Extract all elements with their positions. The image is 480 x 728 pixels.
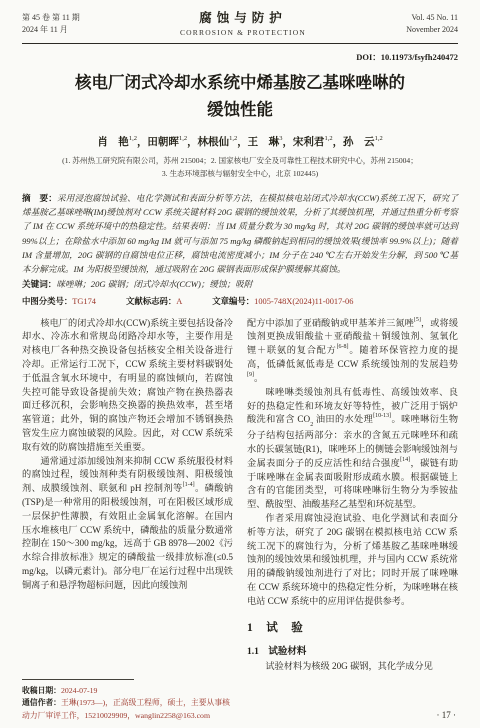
paragraph: 通常通过添加缓蚀剂来抑制 CCW 系统服役材料的腐蚀过程，缓蚀剂种类有阴极缓蚀剂… xyxy=(22,455,233,593)
clc-value: TG174 xyxy=(72,297,96,306)
left-column: 核电厂的闭式冷却水(CCW)系统主要包括设备冷却水、冷冻水和常规岛闭路冷却水等，… xyxy=(22,317,233,722)
article-title-line2: 缓蚀性能 xyxy=(22,97,458,124)
classification-line: 中图分类号：TG174 文献标志码：A 文章编号：1005-748X(2024)… xyxy=(22,295,458,307)
article-id-pair: 文章编号：1005-748X(2024)11-0017-06 xyxy=(212,295,353,307)
issue-volume-cn: 第 45 卷 第 11 期 xyxy=(22,12,80,24)
affiliations: (1. 苏州热工研究院有限公司，苏州 215004；2. 国家核电厂安全及可靠性… xyxy=(22,155,458,179)
keywords-label: 关键词： xyxy=(22,279,56,289)
left-column-text: 核电厂的闭式冷却水(CCW)系统主要包括设备冷却水、冷冻水和常规岛闭路冷却水等，… xyxy=(22,317,233,675)
affiliation-line1: (1. 苏州热工研究院有限公司，苏州 215004；2. 国家核电厂安全及可靠性… xyxy=(22,155,458,167)
paragraph: 咪唑啉类缓蚀剂具有低毒性、高缓蚀效率、良好的热稳定性和环境友好等特性，被广泛用于… xyxy=(247,386,458,512)
abstract-label: 摘 要： xyxy=(22,193,57,203)
journal-header: 第 45 卷 第 11 期 2024 年 11 月 腐蚀与防护 CORROSIO… xyxy=(22,9,458,39)
footnote-rule xyxy=(22,679,134,680)
right-column: 配方中添加了亚硝酸钠或甲基苯并三氮唑[5]，或将缓蚀剂更换成钼酸盐＋亚硝酸盐＋铜… xyxy=(247,317,458,722)
abstract-text: 采用浸泡腐蚀试验、电化学测试和表面分析等方法，在模拟核电站闭式冷却水(CCW)系… xyxy=(22,193,458,274)
journal-name-en: CORROSION & PROTECTION xyxy=(180,28,306,39)
footnote-received: 收稿日期：2024-07-19 xyxy=(22,685,233,697)
doi: DOI：10.11973/fsyfh240472 xyxy=(22,51,458,63)
journal-name-cn: 腐蚀与防护 xyxy=(180,9,306,27)
authors-line: 肖 艳1,2，田朝晖1,2，林根仙1,2，王 琳3，宋利君1,2，孙 云1,2 xyxy=(22,134,458,149)
issue-info-cn: 第 45 卷 第 11 期 2024 年 11 月 xyxy=(22,12,80,35)
journal-name-block: 腐蚀与防护 CORROSION & PROTECTION xyxy=(180,9,306,39)
paragraph: 试验材料为核级 20G 碳钢，其化学成分见 xyxy=(247,660,458,674)
affiliation-line2: 3. 生态环境部核与辐射安全中心，北京 102445) xyxy=(22,168,458,180)
paragraph: 核电厂的闭式冷却水(CCW)系统主要包括设备冷却水、冷冻水和常规岛闭路冷却水等，… xyxy=(22,317,233,455)
issue-date-cn: 2024 年 11 月 xyxy=(22,24,80,36)
journal-page: 第 45 卷 第 11 期 2024 年 11 月 腐蚀与防护 CORROSIO… xyxy=(0,0,480,728)
received-date-value: 2024-07-19 xyxy=(61,686,97,695)
article-title: 核电厂闭式冷却水系统中烯基胺乙基咪唑啉的 缓蚀性能 xyxy=(22,70,458,123)
keywords-text: 咪唑啉；20G 碳钢；闭式冷却水(CCW)；缓蚀；吸附 xyxy=(56,279,252,289)
section-heading-1: 1 试 验 xyxy=(247,619,458,635)
keywords-block: 关键词：咪唑啉；20G 碳钢；闭式冷却水(CCW)；缓蚀；吸附 xyxy=(22,277,458,291)
body-columns: 核电厂的闭式冷却水(CCW)系统主要包括设备冷却水、冷冻水和常规岛闭路冷却水等，… xyxy=(22,317,458,722)
clc-label: 中图分类号： xyxy=(22,297,72,306)
doc-code-pair: 文献标志码：A xyxy=(126,295,182,307)
paragraph: 作者采用腐蚀浸泡试验、电化学测试和表面分析等方法，研究了 20G 碳钢在模拟核电… xyxy=(247,512,458,609)
issue-info-en: Vol. 45 No. 11 November 2024 xyxy=(406,12,458,35)
header-rule xyxy=(22,43,458,44)
page-number: · 17 · xyxy=(437,710,457,720)
doc-code-value: A xyxy=(176,297,182,306)
issue-volume-en: Vol. 45 No. 11 xyxy=(406,12,458,24)
right-column-text: 配方中添加了亚硝酸钠或甲基苯并三氮唑[5]，或将缓蚀剂更换成钼酸盐＋亚硝酸盐＋铜… xyxy=(247,317,458,722)
article-title-line1: 核电厂闭式冷却水系统中烯基胺乙基咪唑啉的 xyxy=(22,70,458,97)
corresponding-author-label: 通信作者： xyxy=(22,698,61,707)
footnote-corresponding: 通信作者：王琳(1973—)，正高级工程师，硕士，主要从事核动力厂审评工作，15… xyxy=(22,697,233,722)
abstract-block: 摘 要：采用浸泡腐蚀试验、电化学测试和表面分析等方法，在模拟核电站闭式冷却水(C… xyxy=(22,191,458,277)
article-id-label: 文章编号： xyxy=(212,297,254,306)
footnote: 收稿日期：2024-07-19 通信作者：王琳(1973—)，正高级工程师，硕士… xyxy=(22,675,233,722)
subsection-heading-1-1: 1.1 试验材料 xyxy=(247,643,458,657)
article-id-value: 1005-748X(2024)11-0017-06 xyxy=(254,297,353,306)
doc-code-label: 文献标志码： xyxy=(126,297,176,306)
clc-pair: 中图分类号：TG174 xyxy=(22,295,96,307)
paragraph: 配方中添加了亚硝酸钠或甲基苯并三氮唑[5]，或将缓蚀剂更换成钼酸盐＋亚硝酸盐＋铜… xyxy=(247,317,458,386)
issue-date-en: November 2024 xyxy=(406,24,458,36)
received-date-label: 收稿日期： xyxy=(22,686,61,695)
